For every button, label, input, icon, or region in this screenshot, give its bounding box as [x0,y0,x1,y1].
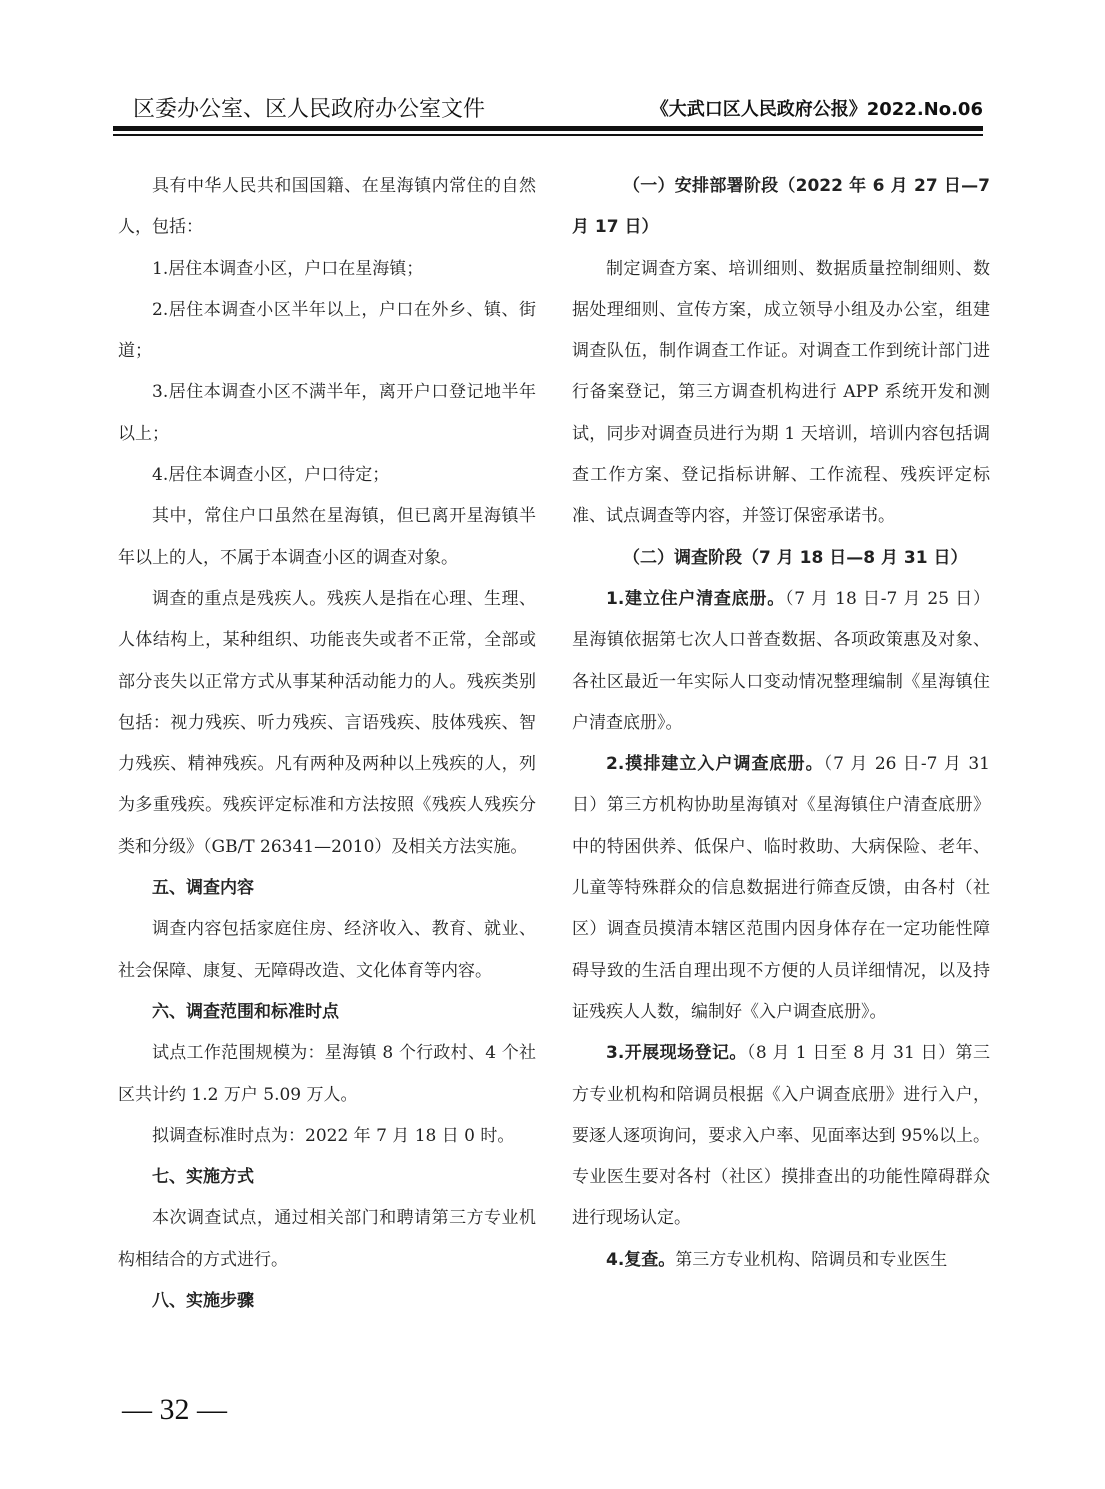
step-1-title: 1.建立住户清查底册。 [606,589,785,609]
header-publication-title: 《大武口区人民政府公报》2022.No.06 [651,95,983,121]
step-4-title: 4.复查。 [606,1250,675,1270]
section-6-text-time: 拟调查标准时点为：2022 年 7 月 18 日 0 时。 [118,1116,536,1157]
step-4: 4.复查。第三方专业机构、陪调员和专业医生 [572,1240,990,1281]
list-item-3: 3.居住本调查小区不满半年，离开户口登记地半年以上； [118,372,536,455]
page-header: 区委办公室、区人民政府办公室文件 《大武口区人民政府公报》2022.No.06 [133,92,983,122]
list-item-2: 2.居住本调查小区半年以上，户口在外乡、镇、街道； [118,290,536,373]
step-4-text: 第三方专业机构、陪调员和专业医生 [675,1250,947,1270]
left-column: 具有中华人民共和国国籍、在星海镇内常住的自然人，包括： 1.居住本调查小区，户口… [118,166,536,1322]
section-6-text-scope: 试点工作范围规模为：星海镇 8 个行政村、4 个社区共计约 1.2 万户 5.0… [118,1033,536,1116]
header-rule-thin [113,134,983,136]
section-heading-7: 七、实施方式 [118,1157,536,1198]
section-7-text: 本次调查试点，通过相关部门和聘请第三方专业机构相结合的方式进行。 [118,1198,536,1281]
stage-1-heading: （一）安排部署阶段（2022 年 6 月 27 日—7 月 17 日） [572,166,990,249]
stage-2-heading: （二）调查阶段（7 月 18 日—8 月 31 日） [572,538,990,579]
right-column: （一）安排部署阶段（2022 年 6 月 27 日—7 月 17 日） 制定调查… [572,166,990,1281]
section-5-text: 调查内容包括家庭住房、经济收入、教育、就业、社会保障、康复、无障碍改造、文化体育… [118,909,536,992]
step-1: 1.建立住户清查底册。（7 月 18 日-7 月 25 日）星海镇依据第七次人口… [572,579,990,744]
step-2-text: （7 月 26 日-7 月 31 日）第三方机构协助星海镇对《星海镇住户清查底册… [572,754,990,1022]
paragraph-exclusion: 其中，常住户口虽然在星海镇，但已离开星海镇半年以上的人，不属于本调查小区的调查对… [118,496,536,579]
step-1-text: （7 月 18 日-7 月 25 日）星海镇依据第七次人口普查数据、各项政策惠及… [572,589,990,733]
paragraph-eligibility: 具有中华人民共和国国籍、在星海镇内常住的自然人，包括： [118,166,536,249]
header-rule-thick [113,126,983,131]
list-item-4: 4.居住本调查小区，户口待定； [118,455,536,496]
stage-1-text: 制定调查方案、培训细则、数据质量控制细则、数据处理细则、宣传方案，成立领导小组及… [572,249,990,538]
step-2: 2.摸排建立入户调查底册。（7 月 26 日-7 月 31 日）第三方机构协助星… [572,744,990,1033]
step-3: 3.开展现场登记。（8 月 1 日至 8 月 31 日）第三方专业机构和陪调员根… [572,1033,990,1239]
step-2-title: 2.摸排建立入户调查底册。 [606,754,824,774]
step-3-text: （8 月 1 日至 8 月 31 日）第三方专业机构和陪调员根据《入户调查底册》… [572,1043,990,1228]
paragraph-disability-definition: 调查的重点是残疾人。残疾人是指在心理、生理、人体结构上，某种组织、功能丧失或者不… [118,579,536,868]
header-document-source: 区委办公室、区人民政府办公室文件 [133,92,485,123]
section-heading-6: 六、调查范围和标准时点 [118,992,536,1033]
section-heading-5: 五、调查内容 [118,868,536,909]
list-item-1: 1.居住本调查小区，户口在星海镇； [118,249,536,290]
step-3-title: 3.开展现场登记。 [606,1043,747,1063]
section-heading-8: 八、实施步骤 [118,1281,536,1322]
page-number: — 32 — [122,1393,227,1427]
